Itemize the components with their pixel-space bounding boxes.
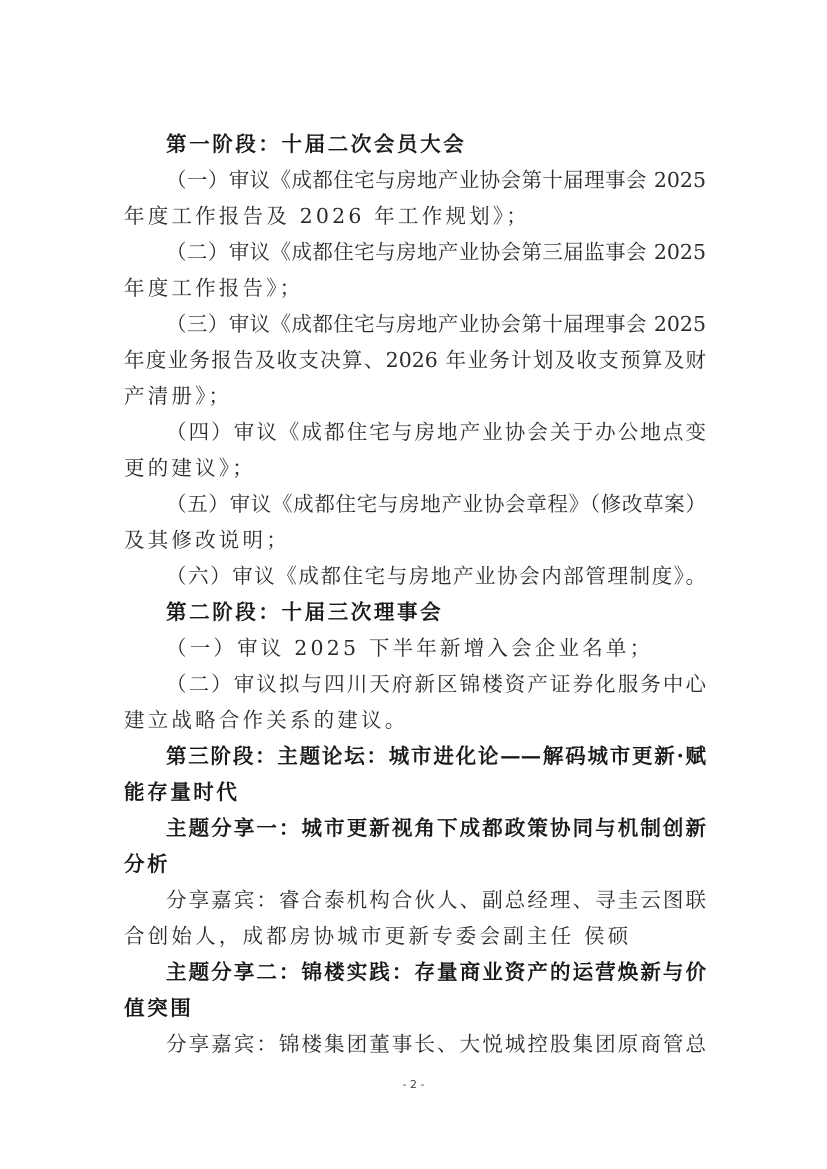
agenda-item-2-2-cont: 建立战略合作关系的建议。: [124, 702, 706, 738]
section-heading-stage-3: 第三阶段：主题论坛：城市进化论——解码城市更新·赋: [124, 738, 706, 774]
agenda-item-2-1: （一）审议 2025 下半年新增入会企业名单；: [124, 630, 706, 666]
document-page: 第一阶段：十届二次会员大会 （一）审议《成都住宅与房地产业协会第十届理事会 20…: [124, 126, 706, 1062]
agenda-item-1-1-cont: 年度工作报告及 2026 年工作规划》；: [124, 198, 706, 234]
agenda-item-1-4: （四）审议《成都住宅与房地产业协会关于办公地点变: [124, 414, 706, 450]
agenda-item-1-3: （三）审议《成都住宅与房地产业协会第十届理事会 2025: [124, 306, 706, 342]
agenda-item-1-4-cont: 更的建议》；: [124, 450, 706, 486]
agenda-item-2-2: （二）审议拟与四川天府新区锦楼资产证券化服务中心: [124, 666, 706, 702]
agenda-item-1-2: （二）审议《成都住宅与房地产业协会第三届监事会 2025: [124, 234, 706, 270]
agenda-item-1-6: （六）审议《成都住宅与房地产业协会内部管理制度》。: [124, 558, 706, 594]
section-heading-stage-3-cont: 能存量时代: [124, 774, 706, 810]
topic-share-1-title: 主题分享一：城市更新视角下成都政策协同与机制创新: [124, 810, 706, 846]
agenda-item-1-5-cont: 及其修改说明；: [124, 522, 706, 558]
topic-share-2-title-cont: 值突围: [124, 990, 706, 1026]
section-heading-stage-2: 第二阶段：十届三次理事会: [124, 594, 706, 630]
topic-share-1-guest-cont: 合创始人，成都房协城市更新专委会副主任 侯硕: [124, 918, 706, 954]
agenda-item-1-3-cont: 年度业务报告及收支决算、2026 年业务计划及收支预算及财: [124, 342, 706, 378]
section-heading-stage-1: 第一阶段：十届二次会员大会: [124, 126, 706, 162]
agenda-item-1-2-cont: 年度工作报告》；: [124, 270, 706, 306]
agenda-item-1-3-cont2: 产清册》；: [124, 378, 706, 414]
agenda-item-1-1: （一）审议《成都住宅与房地产业协会第十届理事会 2025: [124, 162, 706, 198]
topic-share-2-title: 主题分享二：锦楼实践：存量商业资产的运营焕新与价: [124, 954, 706, 990]
agenda-item-1-5: （五）审议《成都住宅与房地产业协会章程》（修改草案）: [124, 486, 706, 522]
page-number: - 2 -: [0, 1078, 827, 1091]
topic-share-1-title-cont: 分析: [124, 846, 706, 882]
topic-share-1-guest: 分享嘉宾：睿合泰机构合伙人、副总经理、寻圭云图联: [124, 882, 706, 918]
topic-share-2-guest: 分享嘉宾：锦楼集团董事长、大悦城控股集团原商管总: [124, 1026, 706, 1062]
